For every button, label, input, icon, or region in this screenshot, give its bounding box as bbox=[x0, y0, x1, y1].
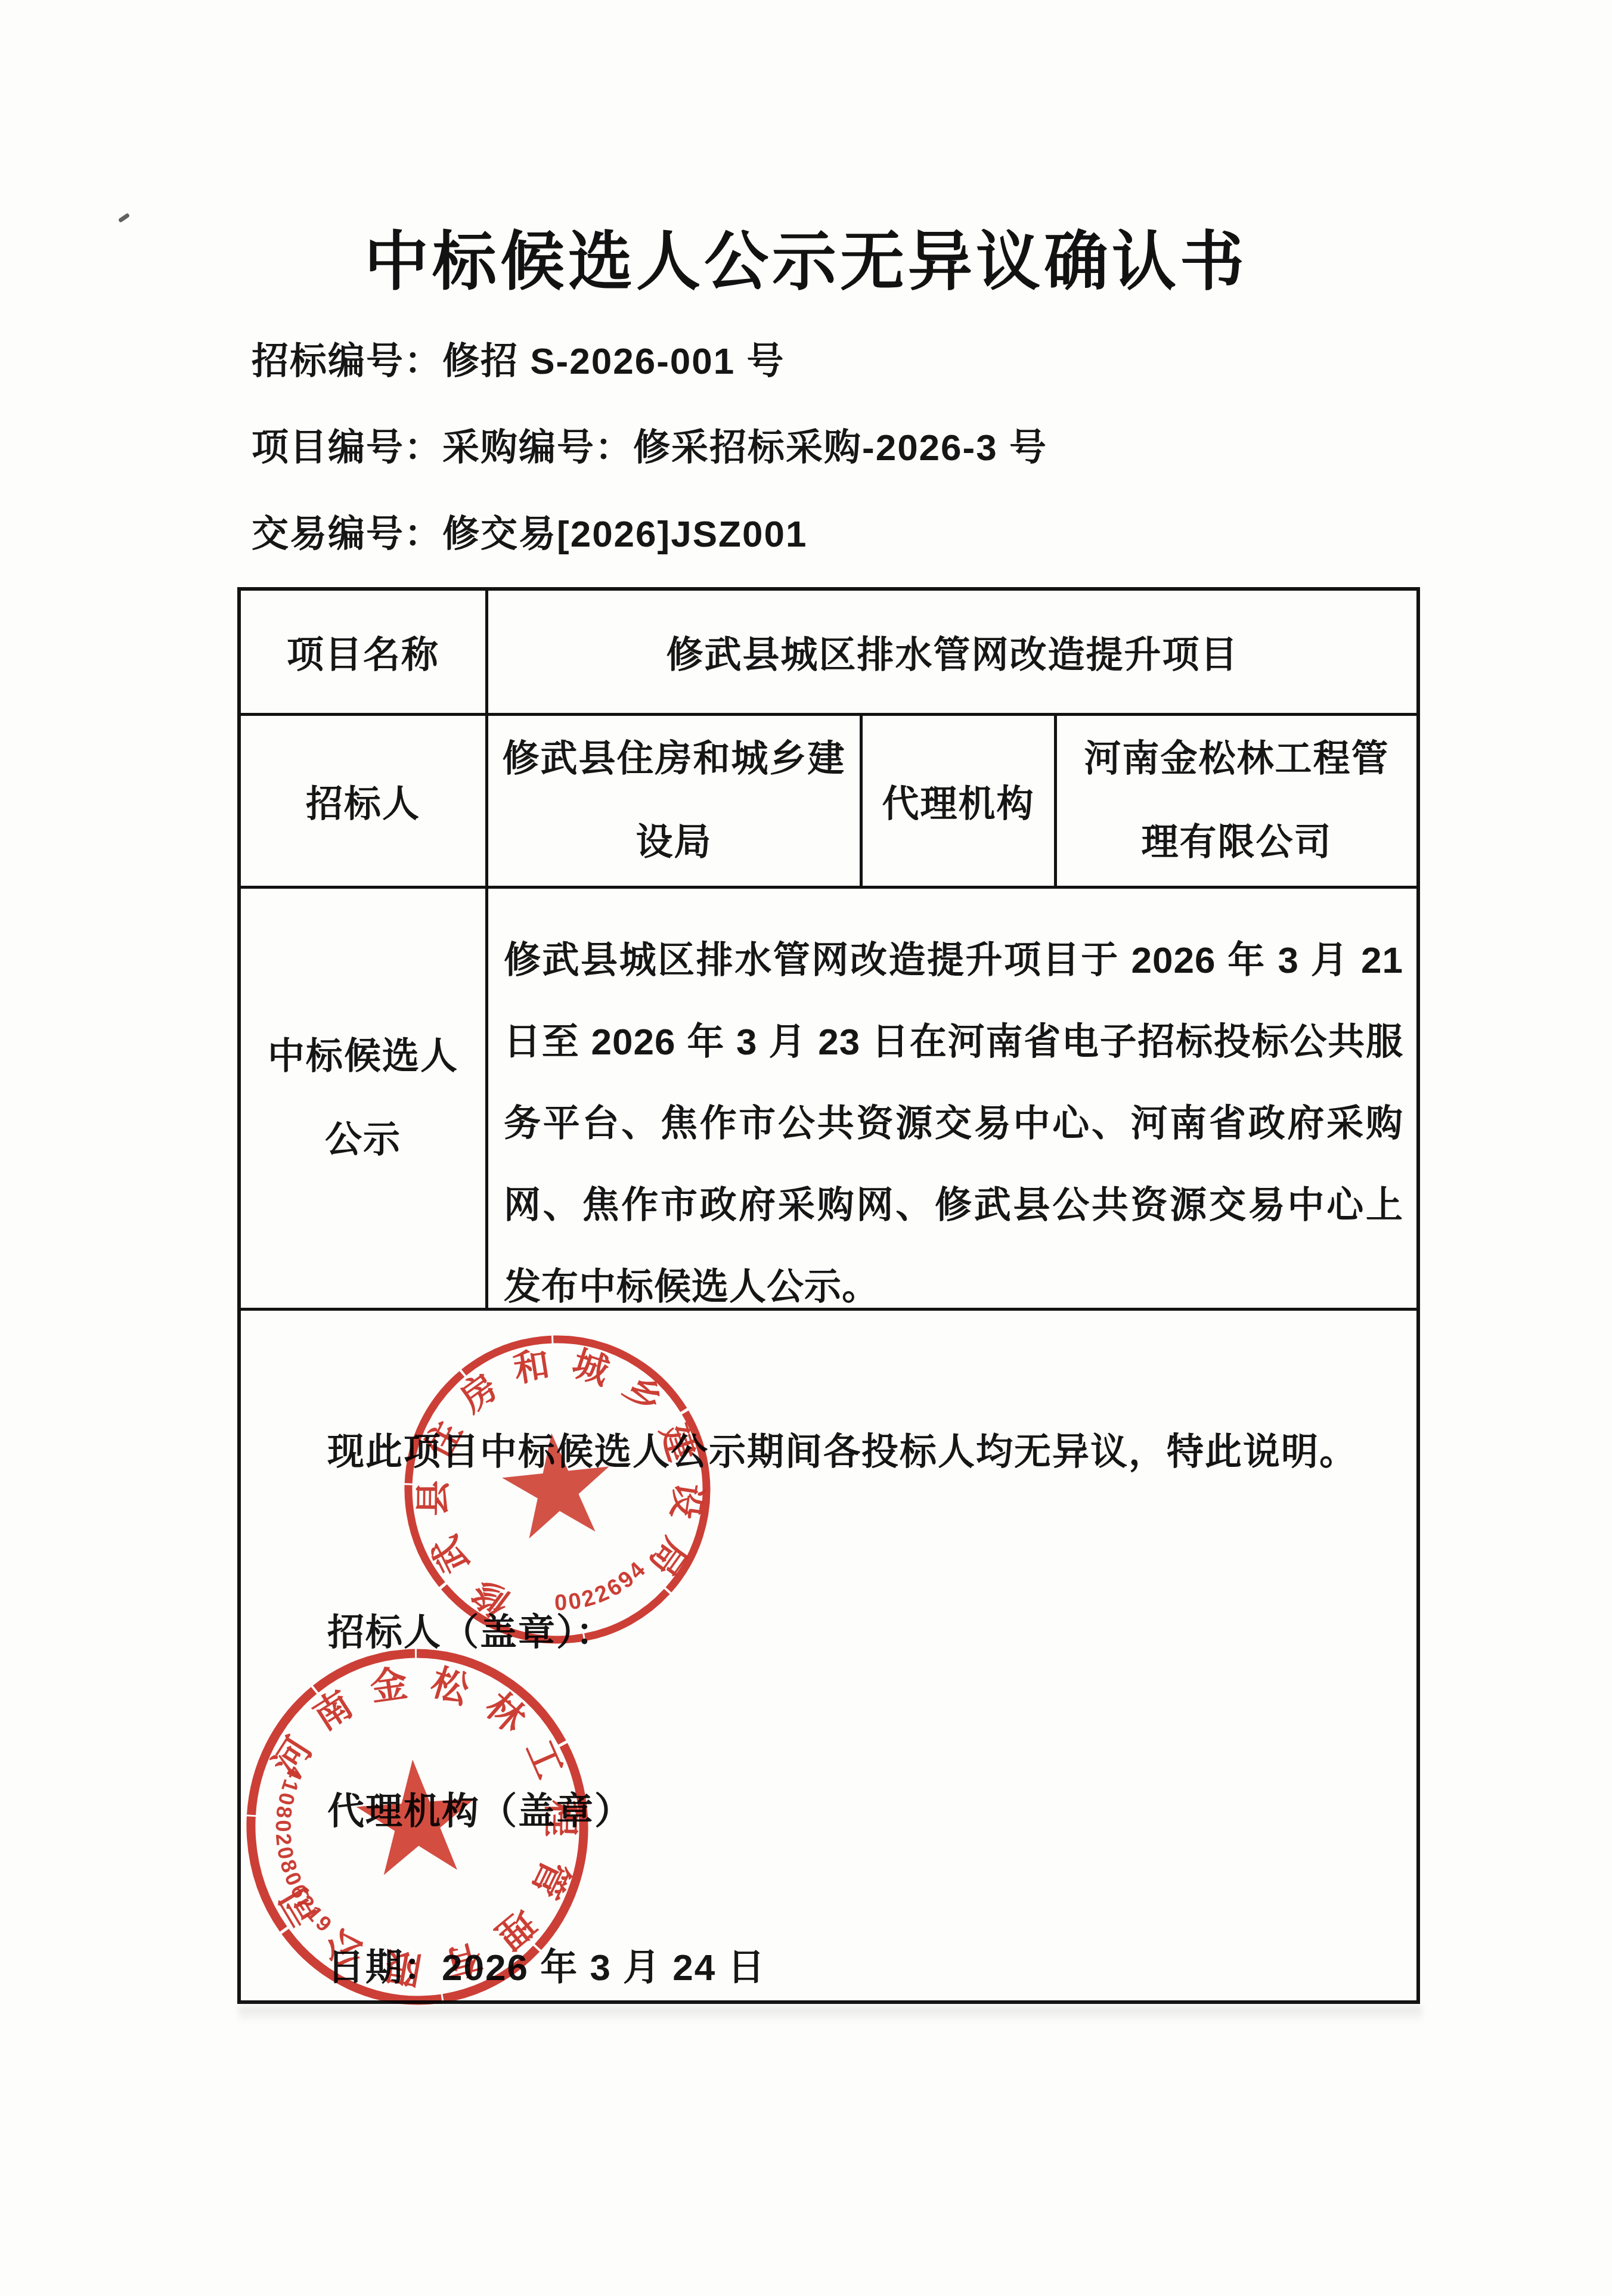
agency-name-line: 理有限公司 bbox=[1141, 801, 1332, 885]
header-codes: 招标编号：修招 S-2026-001 号 项目编号：采购编号：修采招标采购-20… bbox=[252, 331, 1047, 591]
publicity-text-line: 修武县城区排水管网改造提升项目于 2026 年 3 月 21 bbox=[504, 920, 1403, 1001]
publicity-text-line: 网、焦作市政府采购网、修武县公共资源交易中心上 bbox=[504, 1165, 1403, 1246]
publicity-label-cell: 中标候选人 公示 bbox=[241, 889, 488, 1308]
tenderer-value-cell: 修武县住房和城乡建 设局 bbox=[488, 716, 863, 886]
project-name-value-cell: 修武县城区排水管网改造提升项目 bbox=[488, 591, 1416, 713]
publicity-text-line: 务平台、焦作市公共资源交易中心、河南省政府采购 bbox=[504, 1083, 1403, 1165]
agency-label-cell: 代理机构 bbox=[863, 716, 1057, 886]
scan-shadow-artifact bbox=[238, 2006, 1422, 2023]
table-row-publicity: 中标候选人 公示 修武县城区排水管网改造提升项目于 2026 年 3 月 21 … bbox=[241, 889, 1416, 1311]
star-icon bbox=[498, 1428, 616, 1541]
project-name-label-cell: 项目名称 bbox=[241, 591, 488, 713]
project-code-line: 项目编号：采购编号：修采招标采购-2026-3 号 bbox=[252, 418, 1047, 504]
bidder-official-seal: 修武县住房和城乡建设局 0022694 bbox=[390, 1323, 724, 1656]
tenderer-name-line: 设局 bbox=[635, 801, 712, 885]
publicity-label-line: 公示 bbox=[325, 1099, 401, 1182]
agency-value-cell: 河南金松林工程管 理有限公司 bbox=[1057, 716, 1416, 886]
table-row-parties: 招标人 修武县住房和城乡建 设局 代理机构 河南金松林工程管 理有限公司 bbox=[241, 716, 1416, 889]
seal-serial-number: 0022694 bbox=[550, 1554, 655, 1616]
tender-code-line: 招标编号：修招 S-2026-001 号 bbox=[252, 331, 1047, 418]
page-title: 中标候选人公示无异议确认书 bbox=[0, 210, 1612, 302]
scanned-document-page: 中标候选人公示无异议确认书 招标编号：修招 S-2026-001 号 项目编号：… bbox=[0, 0, 1612, 2296]
tenderer-label-cell: 招标人 bbox=[241, 716, 488, 886]
publicity-paragraph-cell: 修武县城区排水管网改造提升项目于 2026 年 3 月 21 日至 2026 年… bbox=[488, 889, 1416, 1308]
tenderer-name-line: 修武县住房和城乡建 bbox=[502, 718, 845, 801]
transaction-code-line: 交易编号：修交易[2026]JSZ001 bbox=[252, 504, 1047, 591]
publicity-label-line: 中标候选人 bbox=[268, 1015, 458, 1099]
publicity-text-line: 日至 2026 年 3 月 23 日在河南省电子招标投标公共服 bbox=[504, 1001, 1403, 1083]
table-row-project-name: 项目名称 修武县城区排水管网改造提升项目 bbox=[241, 591, 1416, 716]
svg-text:0022694: 0022694 bbox=[550, 1554, 655, 1616]
star-icon bbox=[353, 1755, 479, 1876]
agency-official-seal: 河南金松林工程管理有限公司 4108020806219 bbox=[227, 1636, 608, 2018]
agency-name-line: 河南金松林工程管 bbox=[1084, 718, 1389, 801]
